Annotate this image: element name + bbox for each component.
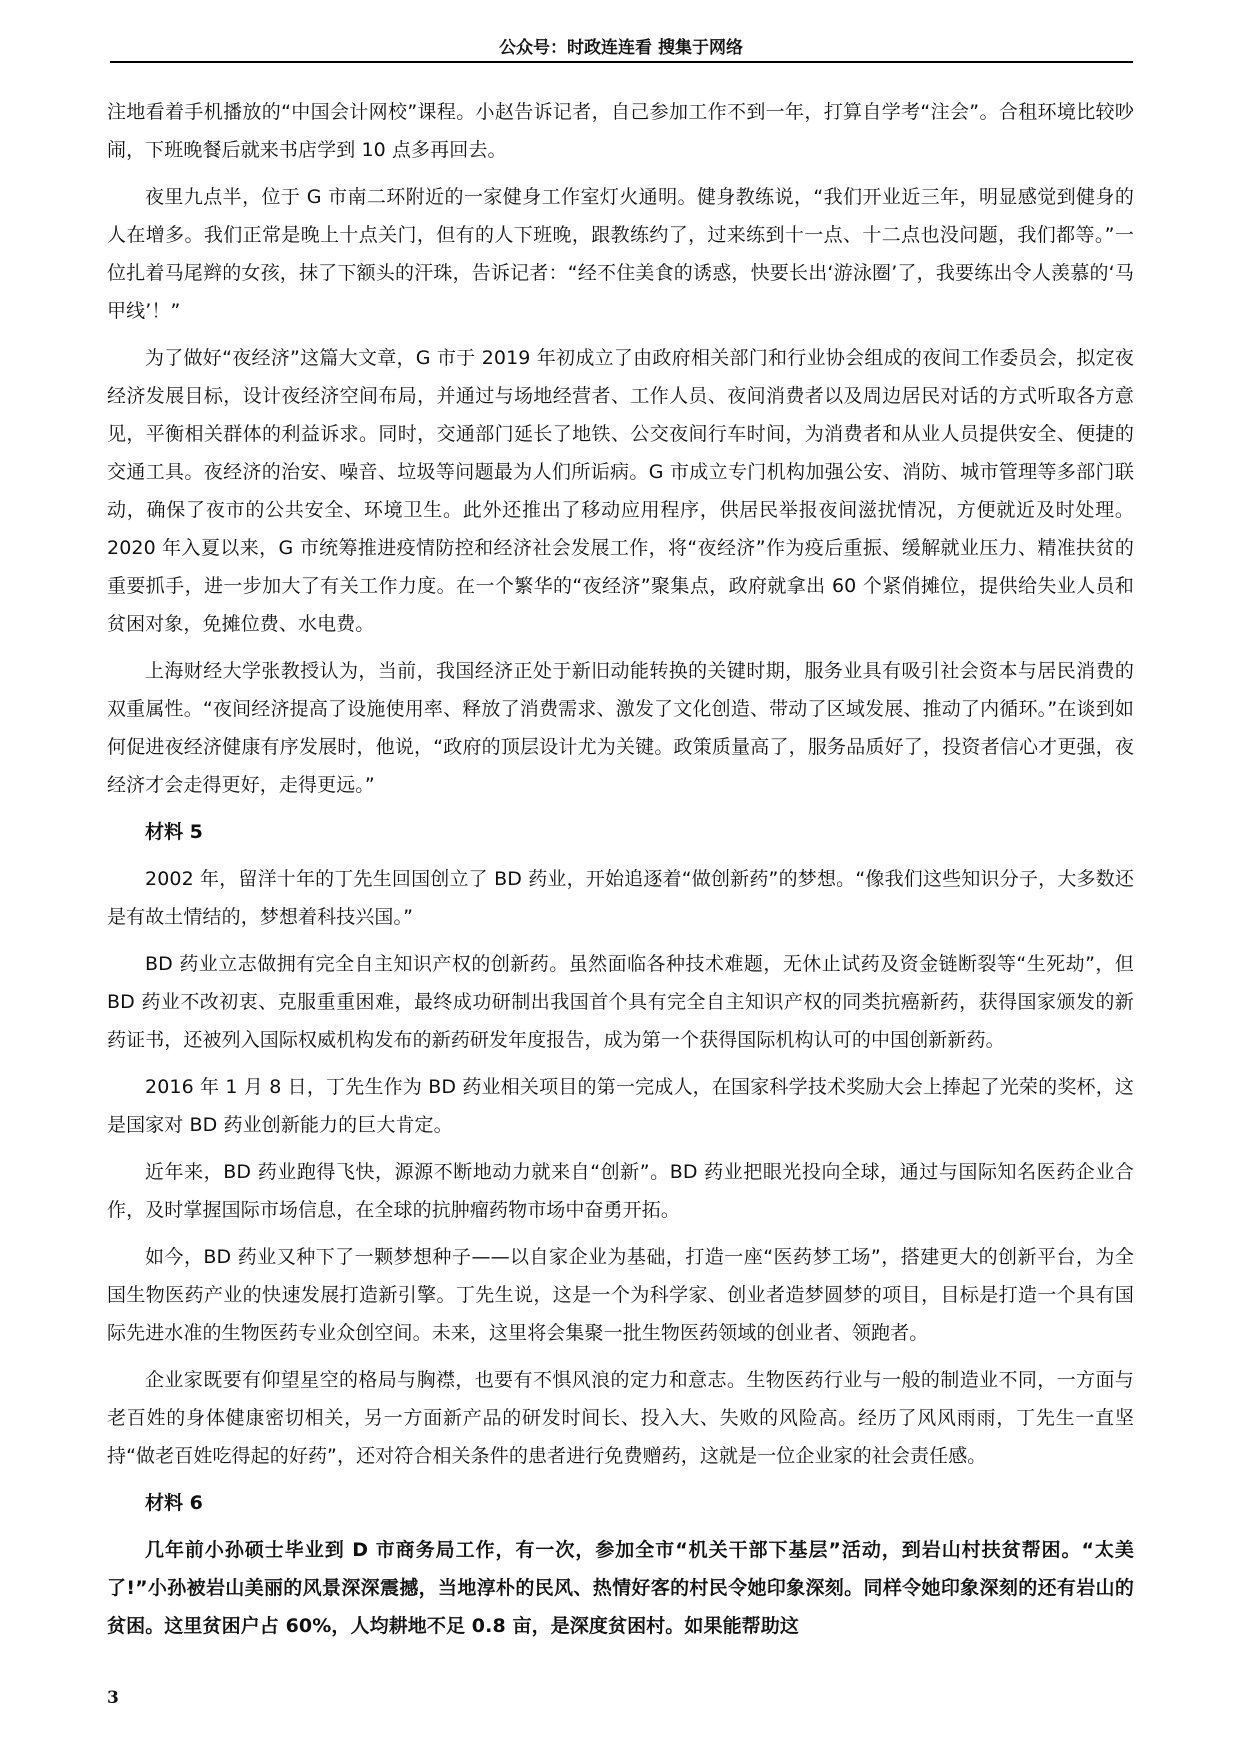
paragraph-professor-view: 上海财经大学张教授认为，当前，我国经济正处于新旧动能转换的关键时期，服务业具有吸… <box>107 652 1134 804</box>
paragraph-award: 2016 年 1 月 8 日，丁先生作为 BD 药业相关项目的第一完成人，在国家… <box>107 1068 1134 1144</box>
paragraph-dream-factory: 如今，BD 药业又种下了一颗梦想种子——以自家企业为基础，打造一座“医药梦工场”… <box>107 1238 1134 1352</box>
page-header: 公众号：时政连连看 搜集于网络 <box>110 34 1132 62</box>
paragraph-entrepreneur-responsibility: 企业家既要有仰望星空的格局与胸襟，也要有不惧风浪的定力和意志。生物医药行业与一般… <box>107 1361 1134 1475</box>
paragraph-global-market: 近年来，BD 药业跑得飞快，源源不断地动力就来自“创新”。BD 药业把眼光投向全… <box>107 1153 1134 1229</box>
section-heading-material-5: 材料 5 <box>107 813 1134 851</box>
paragraph-bd-founding: 2002 年，留洋十年的丁先生回国创立了 BD 药业，开始追逐着“做创新药”的梦… <box>107 860 1134 936</box>
page-number: 3 <box>107 1688 119 1708</box>
paragraph-poverty-village: 几年前小孙硕士毕业到 D 市商务局工作，有一次，参加全市“机关干部下基层”活动，… <box>107 1531 1134 1645</box>
paragraph-bd-innovation: BD 药业立志做拥有完全自主知识产权的创新药。虽然面临各种技术难题，无休止试药及… <box>107 945 1134 1059</box>
paragraph-gym-studio: 夜里九点半，位于 G 市南二环附近的一家健身工作室灯火通明。健身教练说，“我们开… <box>107 178 1134 330</box>
paragraph-continuation: 注地看着手机播放的“中国会计网校”课程。小赵告诉记者，自己参加工作不到一年，打算… <box>107 93 1134 169</box>
section-heading-material-6: 材料 6 <box>107 1484 1134 1522</box>
paragraph-night-economy-policy: 为了做好“夜经济”这篇大文章，G 市于 2019 年初成立了由政府相关部门和行业… <box>107 339 1134 643</box>
header-divider <box>110 61 1133 63</box>
document-body: 注地看着手机播放的“中国会计网校”课程。小赵告诉记者，自己参加工作不到一年，打算… <box>107 93 1134 1654</box>
